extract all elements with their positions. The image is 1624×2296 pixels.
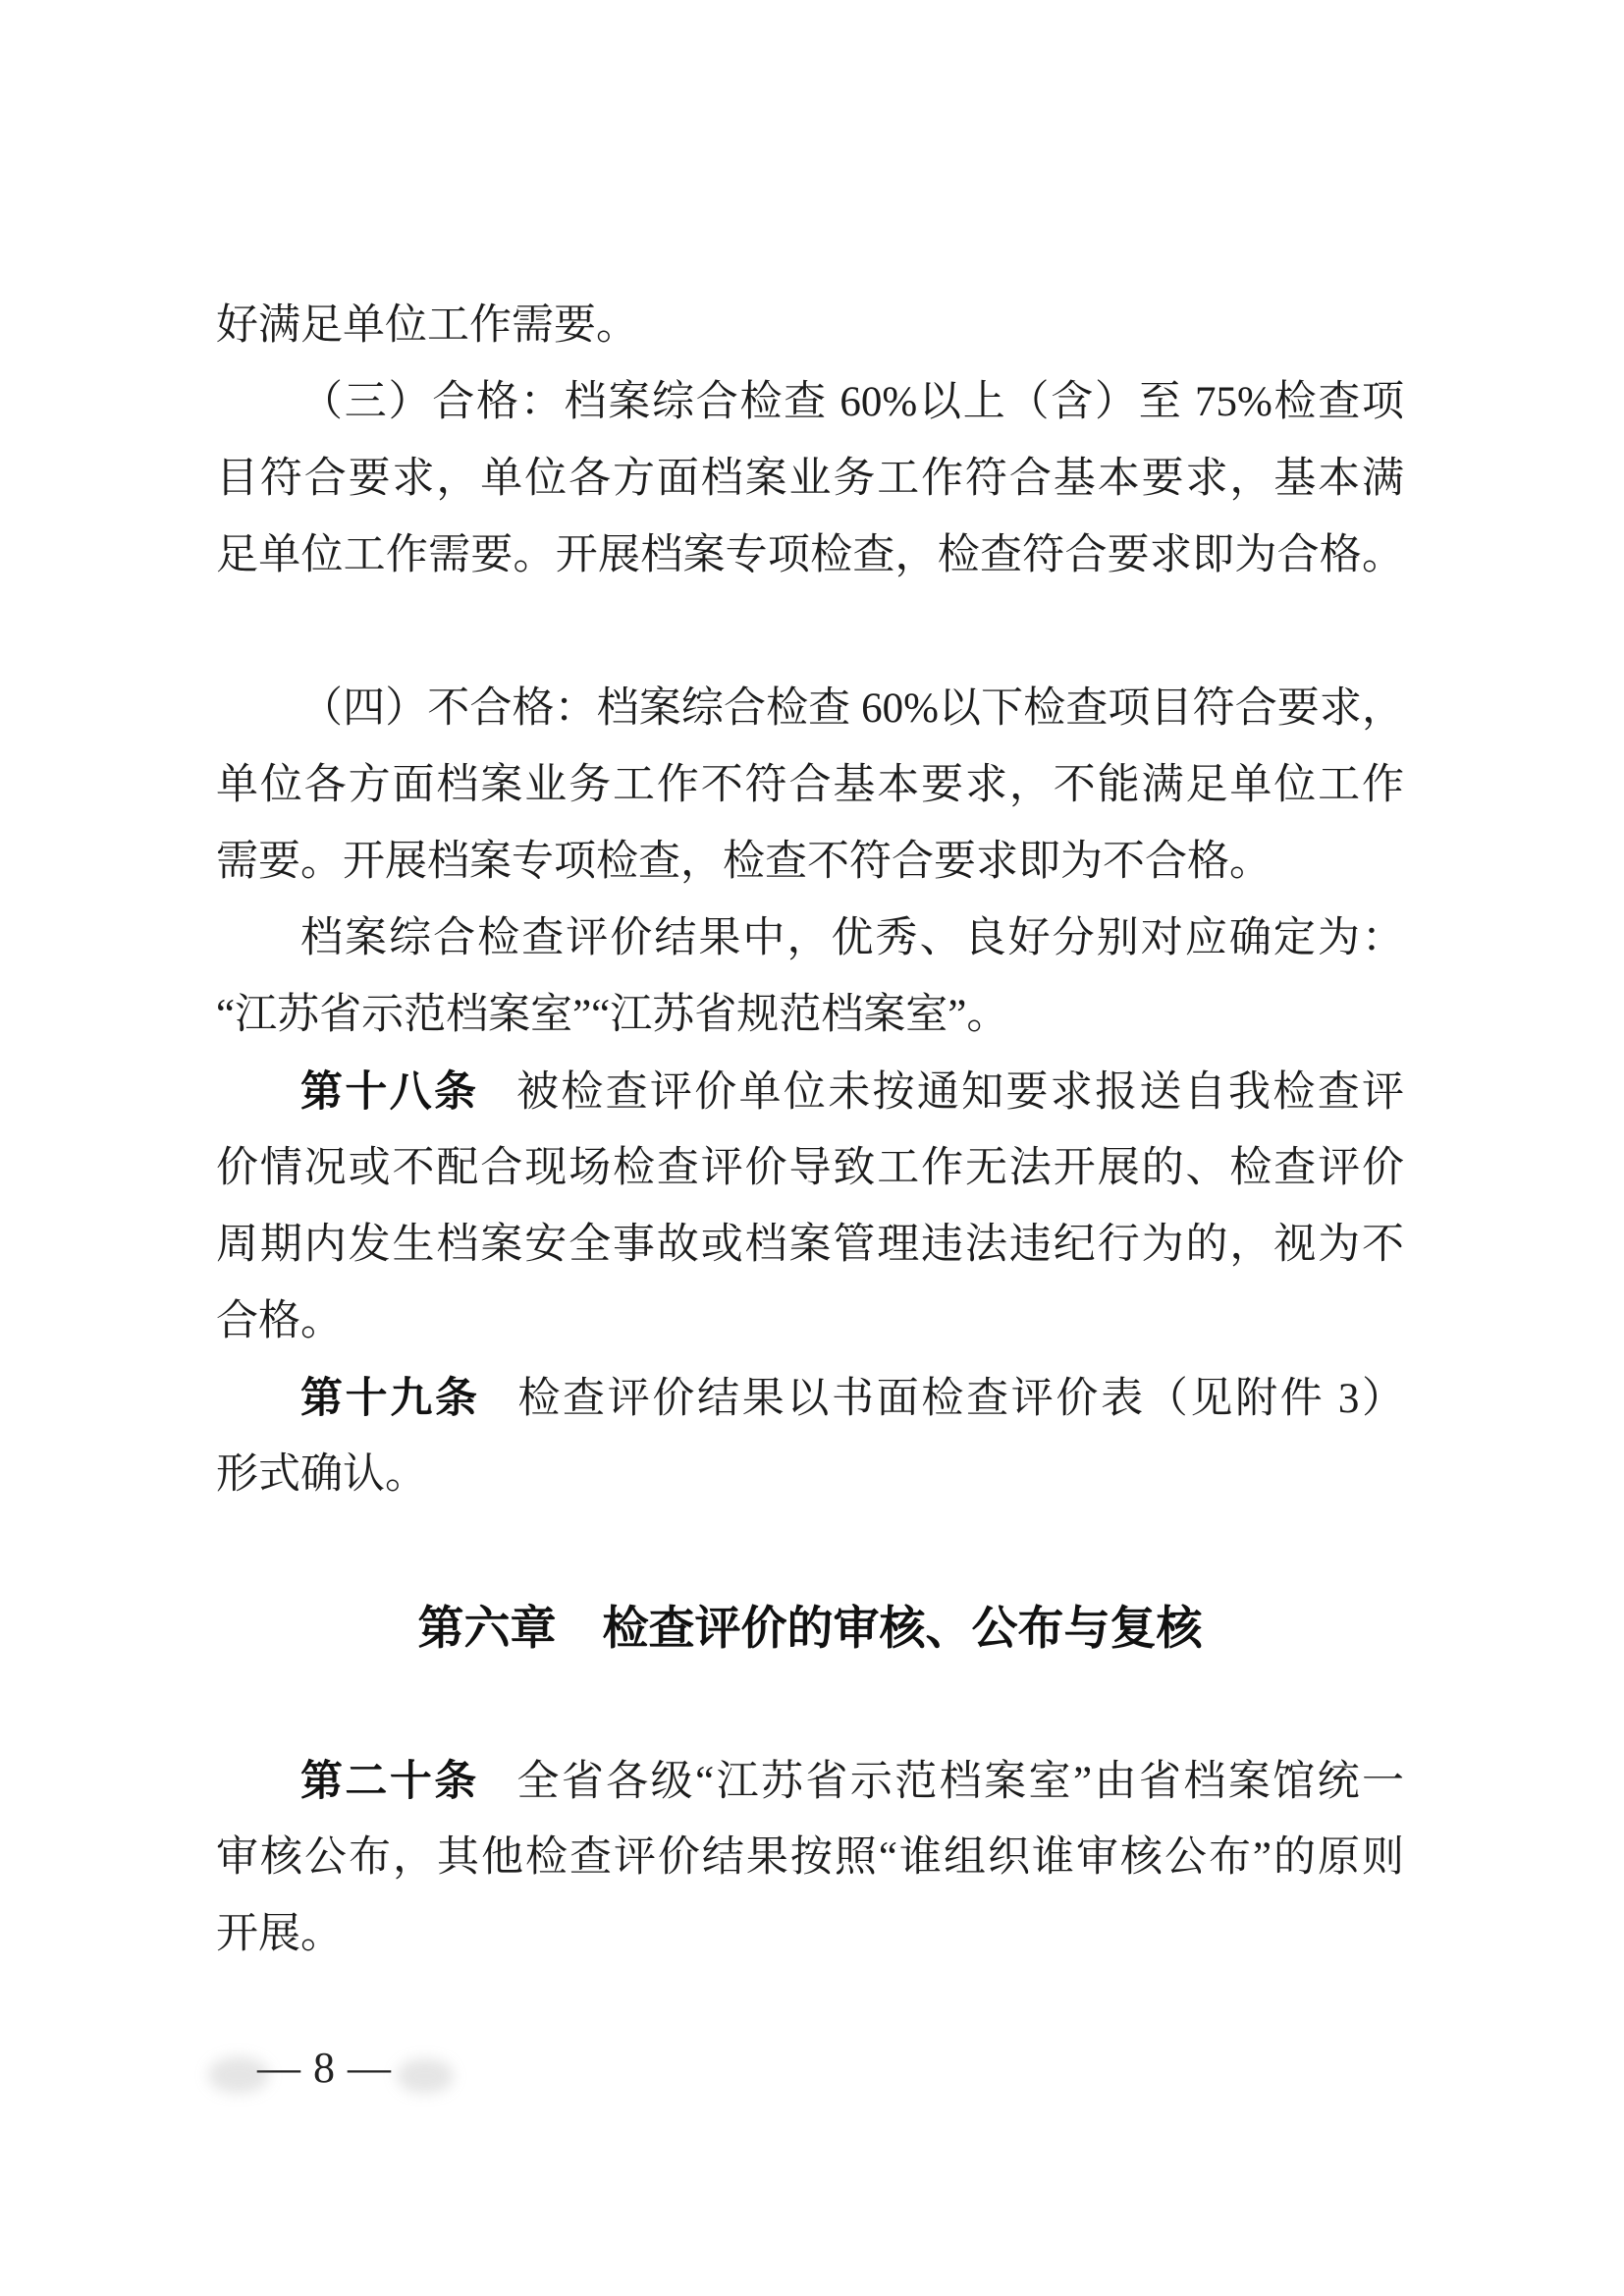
article-number: 第二十条 [300, 1758, 479, 1805]
line-text: 全省各级“江苏省示范档案室”由省档案馆统一 [516, 1759, 1404, 1805]
scan-artifact-left [208, 2056, 269, 2094]
chapter-heading-text: 第六章 检查评价的审核、公布与复核 [418, 1602, 1203, 1654]
page-number: — 8 — [257, 2044, 392, 2092]
document-page: 好满足单位工作需要。（三）合格：档案综合检查 60%以上（含）至 75%检查项目… [0, 0, 1624, 2296]
blank-line [216, 594, 1404, 671]
body-line: 好满足单位工作需要。 [216, 288, 1404, 364]
line-text: 档案综合检查评价结果中，优秀、良好分别对应确定为： [300, 915, 1404, 961]
document-body: 好满足单位工作需要。（三）合格：档案综合检查 60%以上（含）至 75%检查项目… [0, 0, 1624, 1973]
body-line: “江苏省示范档案室”“江苏省规范档案室”。 [216, 977, 1404, 1054]
body-line: 目符合要求，单位各方面档案业务工作符合基本要求，基本满 [216, 441, 1404, 518]
line-text: 单位各方面档案业务工作不符合基本要求，不能满足单位工作 [216, 762, 1404, 808]
body-line: （三）合格：档案综合检查 60%以上（含）至 75%检查项 [216, 364, 1404, 441]
page-footer: — 8 — [257, 2045, 392, 2092]
line-text: 周期内发生档案安全事故或档案管理违法违纪行为的，视为不 [216, 1222, 1404, 1268]
line-text: 形式确认。 [216, 1451, 427, 1498]
line-text: “江苏省示范档案室”“江苏省规范档案室”。 [216, 992, 1008, 1038]
body-line: 合格。 [216, 1284, 1404, 1360]
chapter-heading: 第六章 检查评价的审核、公布与复核 [216, 1590, 1404, 1667]
line-text: 合格。 [216, 1298, 343, 1344]
body-line: 价情况或不配合现场检查评价导致工作无法开展的、检查评价 [216, 1130, 1404, 1207]
article-number: 第十九条 [300, 1375, 480, 1422]
body-line: 形式确认。 [216, 1437, 1404, 1513]
body-line: 足单位工作需要。开展档案专项检查，检查符合要求即为合格。 [216, 518, 1404, 594]
body-line: 单位各方面档案业务工作不符合基本要求，不能满足单位工作 [216, 747, 1404, 824]
body-line: 周期内发生档案安全事故或档案管理违法违纪行为的，视为不 [216, 1207, 1404, 1284]
body-line: 审核公布，其他检查评价结果按照“谁组织谁审核公布”的原则 [216, 1820, 1404, 1896]
line-text: 足单位工作需要。开展档案专项检查，检查符合要求即为合格。 [216, 532, 1404, 578]
line-text: 价情况或不配合现场检查评价导致工作无法开展的、检查评价 [216, 1145, 1404, 1191]
blank-line [216, 1513, 1404, 1590]
line-text: 检查评价结果以书面检查评价表（见附件 3） [517, 1376, 1404, 1422]
body-line: 需要。开展档案专项检查，检查不符合要求即为不合格。 [216, 824, 1404, 901]
body-line: 第十九条检查评价结果以书面检查评价表（见附件 3） [216, 1360, 1404, 1437]
blank-line [216, 1667, 1404, 1743]
line-text: （三）合格：档案综合检查 60%以上（含）至 75%检查项 [300, 379, 1404, 425]
line-text: 被检查评价单位未按通知要求报送自我检查评 [516, 1069, 1404, 1116]
line-text: 审核公布，其他检查评价结果按照“谁组织谁审核公布”的原则 [216, 1834, 1404, 1881]
scan-artifact-right [397, 2058, 454, 2094]
body-line: 开展。 [216, 1896, 1404, 1973]
body-line: 第十八条被检查评价单位未按通知要求报送自我检查评 [216, 1054, 1404, 1130]
line-text: 目符合要求，单位各方面档案业务工作符合基本要求，基本满 [216, 456, 1404, 502]
body-line: 第二十条全省各级“江苏省示范档案室”由省档案馆统一 [216, 1743, 1404, 1820]
line-text: 需要。开展档案专项检查，检查不符合要求即为不合格。 [216, 839, 1272, 885]
body-line: （四）不合格：档案综合检查 60%以下检查项目符合要求， [216, 671, 1404, 747]
body-line: 档案综合检查评价结果中，优秀、良好分别对应确定为： [216, 901, 1404, 977]
line-text: 开展。 [216, 1911, 343, 1957]
article-number: 第十八条 [300, 1068, 478, 1116]
line-text: 好满足单位工作需要。 [216, 302, 638, 349]
line-text: （四）不合格：档案综合检查 60%以下检查项目符合要求， [300, 685, 1404, 732]
